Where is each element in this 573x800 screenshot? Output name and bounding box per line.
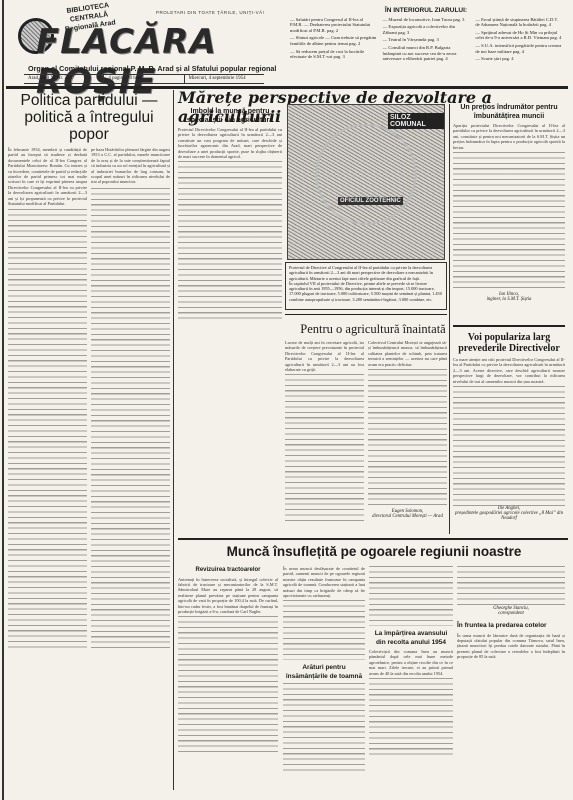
issue-number: Arad, anul XI Nr. 3137 <box>24 75 104 83</box>
article-divider <box>285 314 447 315</box>
interior-item[interactable]: — Consiliul munci din R.P. Bulgaria întâ… <box>383 45 470 62</box>
interior-item[interactable]: — Teatrul în Vărșeanda pag. 3 <box>383 37 470 43</box>
article-text-continued <box>91 188 170 648</box>
boxed-note-mecanizare: Proiectul de Directive al Congresului al… <box>285 262 447 310</box>
interior-item[interactable]: — Scurte știri pag. 4 <box>475 56 562 62</box>
issue-pages-price: 4 pagini, 20 bani <box>104 75 184 83</box>
article-text: pe baza Hotărârilor plenarei lărgite din… <box>91 147 170 185</box>
note-text: Proiectul de Directive al Congresului al… <box>289 265 443 281</box>
interior-contents-box: ÎN INTERIORUL ZIARULUI: — Salutări pentr… <box>290 8 562 80</box>
interior-item[interactable]: — Sprijinul adresat de Ho Și Min cu pril… <box>475 30 562 41</box>
interior-col-2: — Muzeul de locomotive, Ioan Tuora pag. … <box>383 17 470 64</box>
article-text: În urma muncii de lămurire dusă de organ… <box>457 633 565 660</box>
article-text: În urma muncii desfășurate de comitetul … <box>283 566 365 598</box>
article-pentru-headline: Pentru o agricultură înaintată <box>300 322 446 337</box>
article-text: Proiectul Directivelor Congresului al II… <box>178 127 282 159</box>
interior-col-1: — Salutări pentru Congresul al II-lea al… <box>290 17 377 64</box>
section-divider <box>178 538 568 540</box>
interior-item[interactable]: — Să reducem prețul de cost la lucrările… <box>290 49 377 60</box>
article-headline: Voi populariza larg prevederile Directiv… <box>453 332 565 354</box>
interior-title: ÎN INTERIORUL ZIARULUI: <box>290 8 562 14</box>
article-text-continued <box>283 600 365 660</box>
article-text-continued <box>457 566 565 606</box>
subheading: Revizuirea tractoarelor <box>178 566 278 575</box>
article-imbold: Imbold la muncă pentru specialiștii din … <box>178 108 282 321</box>
article-text-continued <box>8 209 87 649</box>
masthead: BIBLIOTECA CENTRALĂ Regionalǎ Arad PROLE… <box>6 0 286 92</box>
article-text: Lucrez de mulți ani în cercetare agricol… <box>285 340 364 372</box>
article-text-continued <box>283 683 365 773</box>
interior-item[interactable]: — Expoziția agricolă a colectivelor din … <box>383 24 470 35</box>
article-politica-partidului: Politica partidului — politică a întregu… <box>8 92 170 649</box>
article-text-continued <box>453 386 565 506</box>
article-text: Colectivul Centrului Morești se angajeaz… <box>368 340 447 367</box>
interior-item[interactable]: — S.U.A. intensifică pregătirile pentru … <box>475 43 562 54</box>
issue-date: Miercuri, 4 septembrie 1954 <box>185 75 264 83</box>
article-munca-headline: Muncă însuflețită pe ogoarele regiunii n… <box>180 544 568 559</box>
motto: PROLETARI DIN TOATE ȚĂRILE, UNIȚI-VĂ! <box>156 10 264 15</box>
article-headline: Politica partidului — politică a întregu… <box>8 92 170 143</box>
article-divider <box>453 325 565 327</box>
subheading: Arături pentru însămânțările de toamnă <box>283 664 365 681</box>
author-role: corespondent <box>457 611 565 616</box>
agriculture-illustration: SILOZ COMUNAL OFICIUL ZOOTEHNIC <box>287 104 445 260</box>
article-text-continued <box>178 161 282 321</box>
interior-col-3: — Eroul știință de stupinarea Bătăliei C… <box>475 17 562 64</box>
author-role: președintele gospodăriei agricole colect… <box>453 511 565 521</box>
article-text: Antrenați în întrecerea socialistă, și î… <box>178 577 278 615</box>
article-text-continued <box>285 374 364 524</box>
article-text-continued <box>368 369 447 509</box>
article-pentru-agricultura: Lucrez de mulți ani în cercetare agricol… <box>285 340 447 524</box>
author-role: directorul Centrului Morești — Arad <box>368 514 447 519</box>
organ-subtitle: Organ al Comitetului regional P. M. R. A… <box>28 64 276 73</box>
article-munca-col-1: Revizuirea tractoarelor Antrenați în înt… <box>178 566 278 756</box>
author-role: inginer, la S.M.T. Șiștia <box>453 297 565 302</box>
interior-item[interactable]: — Sfaturi agricole — Cum trebuie să preg… <box>290 35 377 46</box>
article-munca-col-2: În urma muncii desfășurate de comitetul … <box>283 566 365 773</box>
article-headline: Un prețios îndrumător pentru îmbunătățir… <box>453 104 565 121</box>
article-text-continued <box>369 566 453 626</box>
article-text: În februarie 1954, membrii și candidații… <box>8 147 87 206</box>
issue-info-bar: Arad, anul XI Nr. 3137 4 pagini, 20 bani… <box>24 74 264 84</box>
article-text-continued <box>453 152 565 292</box>
article-voi-populariza: Voi populariza larg prevederile Directiv… <box>453 332 565 521</box>
article-munca-col-3: La împărțirea avansului din recolta anul… <box>369 566 453 758</box>
column-rule <box>449 104 450 534</box>
interior-item[interactable]: — Salutări pentru Congresul al II-lea al… <box>290 17 377 34</box>
article-text: Cu mare atenție am citit proiectul Direc… <box>453 357 565 384</box>
article-text-continued <box>369 678 453 758</box>
interior-item[interactable]: — Eroul știință de stupinarea Bătăliei C… <box>475 17 562 28</box>
article-munca-col-4: Gheorghe Stanciu, corespondent În frunte… <box>457 566 565 660</box>
article-text: Colectiviștii din comuna Ineu au muncit … <box>369 649 453 676</box>
interior-item[interactable]: — Muzeul de locomotive, Ioan Tuora pag. … <box>383 17 470 23</box>
article-text: Apariția proiectului Directivelor Congre… <box>453 123 565 150</box>
illustration-label: OFICIUL ZOOTEHNIC <box>338 197 403 205</box>
article-text-continued <box>178 616 278 756</box>
illustration-label: SILOZ COMUNAL <box>388 113 444 129</box>
page-margin-rule <box>2 0 4 800</box>
note-text: În capitolul VII al proiectului de Direc… <box>289 281 443 302</box>
subheading: La împărțirea avansului din recolta anul… <box>369 630 453 647</box>
column-rule <box>173 90 174 790</box>
subheading: În fruntea la predarea cotelor <box>457 622 565 631</box>
article-headline: Imbold la muncă pentru specialiștii din … <box>178 108 282 125</box>
article-pretios-indrumator: Un prețios îndrumător pentru îmbunătățir… <box>453 104 565 302</box>
